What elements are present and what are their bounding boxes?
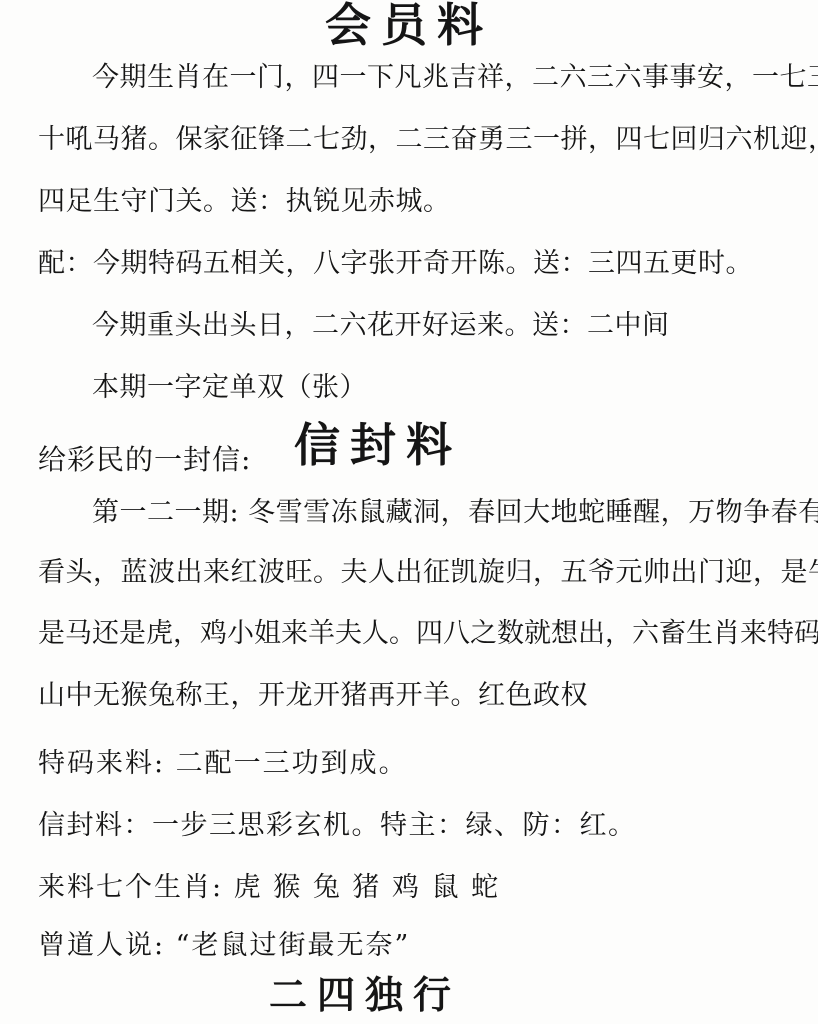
envelope-line-3: 是马还是虎，鸡小姐来羊夫人。四八之数就想出，六畜生肖来特码。	[38, 618, 818, 650]
member-line-2: 十吼马猪。保家征锋二七劲，二三奋勇三一拼，四七回归六机迎，	[38, 124, 818, 156]
document-footer: 二四独行	[0, 974, 818, 1016]
envelope-line-2: 看头，蓝波出来红波旺。夫人出征凯旋归，五爷元帅出门迎，是牛	[38, 557, 818, 589]
member-line-4: 配：今期特码五相关，八字张开奇开陈。送：三四五更时。	[38, 248, 753, 280]
special-code-line: 特码来料: 二配一三功到成。	[38, 748, 408, 780]
envelope-line-1: 第一二一期: 冬雪雪冻鼠藏洞，春回大地蛇睡醒，万物争春有	[38, 497, 818, 529]
document-title: 会员料	[0, 0, 818, 51]
envelope-line-4: 山中无猴兔称王，开龙开猪再开羊。红色政权	[38, 680, 588, 712]
member-line-1: 今期生肖在一门，四一下凡兆吉祥，二六三六事事安，一七三	[38, 62, 818, 94]
envelope-section-heading: 信封料	[294, 420, 462, 471]
quote-line: 曾道人说: “老鼠过街最无奈”	[38, 930, 410, 962]
zodiac-list-line: 来料七个生肖: 虎 猴 兔 猪 鸡 鼠 蛇	[38, 872, 500, 904]
member-line-3: 四足生守门关。送：执锐见赤城。	[38, 186, 451, 218]
scanned-document-page: 会员料 今期生肖在一门，四一下凡兆吉祥，二六三六事事安，一七三 十吼马猪。保家征…	[0, 0, 818, 1024]
member-line-6: 本期一字定单双（张）	[38, 372, 367, 404]
envelope-intro-label: 给彩民的一封信:	[38, 438, 251, 478]
envelope-tip-line: 信封料：一步三思彩玄机。特主：绿、防：红。	[38, 810, 637, 842]
member-line-5: 今期重头出头日，二六花开好运来。送：二中间	[38, 310, 670, 342]
